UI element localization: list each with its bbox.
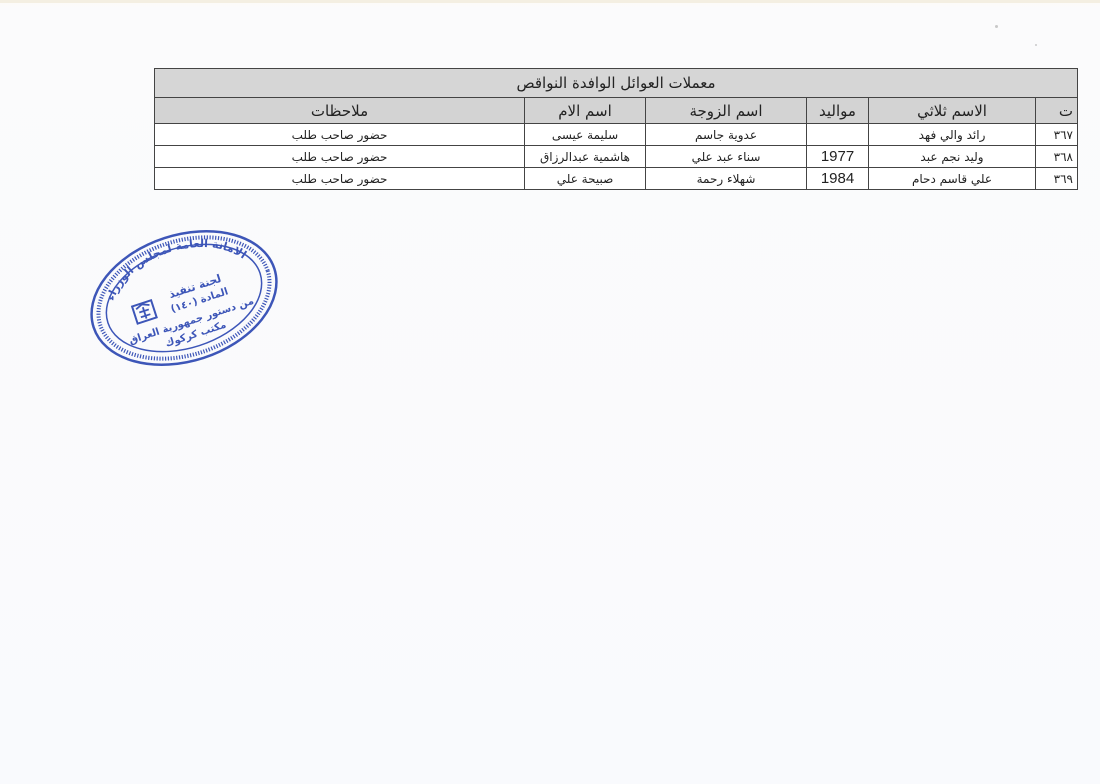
table-row: ٣٦٩ علي قاسم دحام 1984 شهلاء رحمة صبيحة … [155,168,1078,190]
col-header-wife-name: اسم الزوجة [646,98,807,124]
scan-speck [1035,44,1037,46]
families-table: معملات العوائل الوافدة النواقص ت الاسم ث… [154,68,1078,190]
table-row: ٣٦٧ رائد والي فهد عدوية جاسم سليمة عيسى … [155,124,1078,146]
cell-full-name: وليد نجم عبد [869,146,1036,168]
cell-mother-name: سليمة عيسى [525,124,646,146]
cell-wife-name: شهلاء رحمة [646,168,807,190]
cell-number: ٣٦٨ [1036,146,1078,168]
official-stamp: الامانة العامة لمجلس الوزراء لجنة تنفيذ … [70,205,297,391]
cell-notes: حضور صاحب طلب [155,168,525,190]
table-title-row: معملات العوائل الوافدة النواقص [155,69,1078,98]
table-row: ٣٦٨ وليد نجم عبد 1977 سناء عبد علي هاشمي… [155,146,1078,168]
cell-wife-name: عدوية جاسم [646,124,807,146]
cell-number: ٣٦٩ [1036,168,1078,190]
col-header-number: ت [1036,98,1078,124]
scanned-page: معملات العوائل الوافدة النواقص ت الاسم ث… [0,0,1100,784]
col-header-birth-year: مواليد [807,98,869,124]
cell-birth-year: 1977 [807,146,869,168]
cell-full-name: علي قاسم دحام [869,168,1036,190]
cell-full-name: رائد والي فهد [869,124,1036,146]
cell-number: ٣٦٧ [1036,124,1078,146]
col-header-mother-name: اسم الام [525,98,646,124]
col-header-notes: ملاحظات [155,98,525,124]
cell-birth-year [807,124,869,146]
cell-wife-name: سناء عبد علي [646,146,807,168]
table-header-row: ت الاسم ثلاثي مواليد اسم الزوجة اسم الام… [155,98,1078,124]
cell-mother-name: هاشمية عبدالرزاق [525,146,646,168]
cell-notes: حضور صاحب طلب [155,146,525,168]
cell-notes: حضور صاحب طلب [155,124,525,146]
table-title: معملات العوائل الوافدة النواقص [155,69,1078,98]
cell-mother-name: صبيحة علي [525,168,646,190]
scan-speck [995,25,998,28]
iraq-emblem-icon [132,300,157,323]
col-header-full-name: الاسم ثلاثي [869,98,1036,124]
scan-edge [0,0,1100,3]
cell-birth-year: 1984 [807,168,869,190]
